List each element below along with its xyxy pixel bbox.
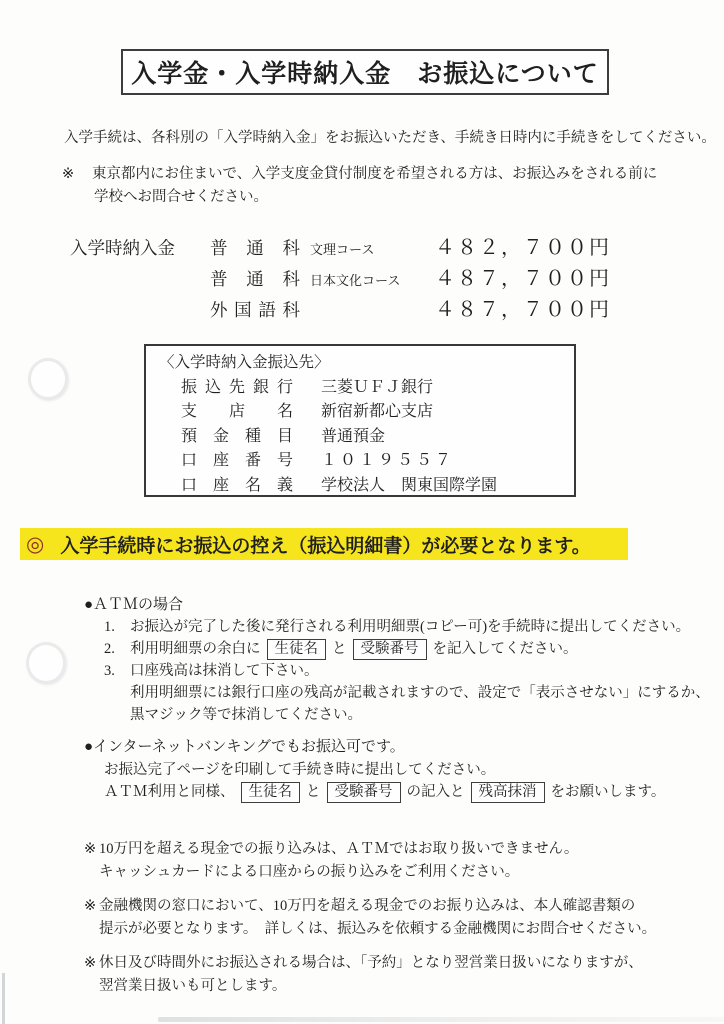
- atm-item2-text: 利用明細票の余白に生徒名と受験番号を記入してください。: [130, 638, 578, 660]
- atm-item1-text: お振込が完了した後に発行される利用明細票(コピー可)を手続時に提出してください。: [130, 616, 690, 638]
- footnote-text: 金融機関の窓口において、10万円を超える現金でのお振り込みは、本人確認書類の 提…: [99, 895, 656, 940]
- caution-line2: 学校へお問合せください。: [94, 189, 268, 205]
- hole-punch-icon: [28, 358, 68, 400]
- bank-row-value: 学校法人 関東国際学園: [321, 474, 497, 499]
- atm-item2-post: を記入してください。: [433, 641, 578, 657]
- atm-item2-pre: 利用明細票の余白に: [130, 641, 261, 657]
- balance-redaction-box: 残高抹消: [471, 782, 545, 803]
- scan-edge-mark: [2, 973, 5, 1024]
- reference-mark-icon: ※: [84, 838, 99, 883]
- footnote-bank-window: ※ 金融機関の窓口において、10万円を超える現金でのお振り込みは、本人確認書類の…: [84, 895, 656, 940]
- footnote-line1: 金融機関の窓口において、10万円を超える現金でのお振り込みは、本人確認書類の: [99, 898, 635, 914]
- fee-row: 普通科 日本文化コース ４８７，７００円: [70, 262, 611, 293]
- internet-banking-heading: ●インターネットバンキングでもお振込可です。: [84, 736, 665, 759]
- bank-row-label: 口座番号: [181, 449, 293, 474]
- double-circle-mark-icon: ◎: [26, 531, 44, 557]
- atm-item3-subline2: 黒マジック等で抹消してください。: [130, 704, 710, 726]
- fee-course: 日本文化コース: [300, 270, 435, 289]
- student-name-box: 生徒名: [267, 639, 327, 660]
- caution-line1: 東京都内にお住まいで、入学支度金貸付制度を希望される方は、お振込みをされる前に: [92, 166, 657, 182]
- netbank-line2-pre: ＡＴＭ利用と同様、: [104, 784, 235, 800]
- bank-row-label: 振込先銀行: [181, 376, 293, 401]
- fee-row: 外国語科 ４８７，７００円: [70, 293, 611, 324]
- footnotes: ※ 10万円を超える現金での振り込みは、ＡＴＭではお取り扱いできません。 キャッ…: [84, 838, 656, 1009]
- bank-row: 預金種目 普通預金: [181, 425, 574, 450]
- bank-box-heading: 〈入学時納入金振込先〉: [159, 351, 574, 376]
- atm-item3-subline1: 利用明細票には銀行口座の残高が記載されますので、設定で「表示させない」にするか、: [130, 682, 710, 704]
- atm-list-item-2: 2. 利用明細票の余白に生徒名と受験番号を記入してください。: [104, 638, 710, 660]
- fee-table-label: 入学時納入金: [70, 235, 210, 260]
- intro-paragraph: 入学手続は、各科別の「入学時納入金」をお振込いただき、手続き日時内に手続きをして…: [64, 126, 716, 147]
- internet-banking-line1: お振込完了ページを印刷して手続き時に提出してください。: [104, 759, 665, 782]
- caution-text: 東京都内にお住まいで、入学支度金貸付制度を希望される方は、お振込みをされる前に …: [92, 163, 657, 209]
- list-number: 1.: [104, 616, 130, 638]
- fee-department: 普通科: [210, 235, 300, 260]
- fee-department: 普通科: [210, 266, 300, 291]
- netbank-line2-mid1: と: [306, 784, 321, 800]
- highlighted-notice: ◎ 入学手続時にお振込の控え（振込明細書）が必要となります。: [20, 528, 628, 560]
- bank-row: 振込先銀行 三菱ＵＦＪ銀行: [181, 376, 574, 401]
- netbank-line2-post: をお願いします。: [551, 784, 666, 800]
- fee-amount: ４８７，７００円: [435, 293, 611, 322]
- bank-row-label: 預金種目: [181, 425, 293, 450]
- reference-mark-icon: ※: [84, 895, 99, 940]
- bank-row: 口座番号 １０１９５５７: [181, 449, 574, 474]
- fee-row: 入学時納入金 普通科 文理コース ４８２，７００円: [70, 231, 611, 262]
- exam-number-box: 受験番号: [327, 782, 401, 803]
- fee-amount: ４８２，７００円: [435, 231, 611, 260]
- atm-item2-mid: と: [332, 641, 347, 657]
- bank-row-value: 普通預金: [321, 425, 385, 450]
- caution-note: ※ 東京都内にお住まいで、入学支度金貸付制度を希望される方は、お振込みをされる前…: [62, 163, 657, 209]
- bank-row-label: 支店名: [181, 400, 293, 425]
- fee-department: 外国語科: [210, 297, 300, 322]
- fee-table: 入学時納入金 普通科 文理コース ４８２，７００円 普通科 日本文化コース ４８…: [70, 231, 611, 324]
- footnote-line2: 翌営業日扱いも可とします。: [99, 978, 286, 994]
- bank-row: 口座名義 学校法人 関東国際学園: [181, 474, 574, 499]
- atm-section: ●ＡＴＭの場合 1. お振込が完了した後に発行される利用明細票(コピー可)を手続…: [84, 594, 710, 726]
- student-name-box: 生徒名: [241, 782, 301, 803]
- footnote-holiday-transfer: ※ 休日及び時間外にお振込される場合は、「予約」となり翌営業日扱いになりますが、…: [84, 952, 656, 997]
- footnote-cash-atm: ※ 10万円を超える現金での振り込みは、ＡＴＭではお取り扱いできません。 キャッ…: [84, 838, 656, 883]
- footnote-line2: 提示が必要となります。 詳しくは、振込みを依頼する金融機関にお問合せください。: [99, 921, 656, 937]
- internet-banking-line2: ＡＴＭ利用と同様、生徒名と受験番号の記入と残高抹消をお願いします。: [104, 781, 665, 804]
- fee-course: 文理コース: [300, 239, 435, 258]
- footnote-line2: キャッシュカードによる口座からの振り込みをご利用ください。: [99, 864, 519, 880]
- fee-amount: ４８７，７００円: [435, 262, 611, 291]
- bank-row-label: 口座名義: [181, 474, 293, 499]
- footnote-text: 休日及び時間外にお振込される場合は、「予約」となり翌営業日扱いになりますが、 翌…: [99, 952, 643, 997]
- highlighted-notice-text: 入学手続時にお振込の控え（振込明細書）が必要となります。: [60, 531, 590, 558]
- atm-section-heading: ●ＡＴＭの場合: [84, 594, 710, 616]
- atm-item3-text: 口座残高は抹消して下さい。: [130, 660, 319, 682]
- reference-mark-icon: ※: [84, 952, 99, 997]
- footnote-line1: 休日及び時間外にお振込される場合は、「予約」となり翌営業日扱いになりますが、: [99, 955, 643, 971]
- scanned-document-page: 入学金・入学時納入金 お振込について 入学手続は、各科別の「入学時納入金」をお振…: [0, 0, 724, 1024]
- document-title-box: 入学金・入学時納入金 お振込について: [121, 49, 609, 95]
- list-number: 3.: [104, 660, 130, 682]
- bank-row: 支店名 新宿新都心支店: [181, 400, 574, 425]
- footnote-line1: 10万円を超える現金での振り込みは、ＡＴＭではお取り扱いできません。: [99, 841, 578, 857]
- footnote-text: 10万円を超える現金での振り込みは、ＡＴＭではお取り扱いできません。 キャッシュ…: [99, 838, 578, 883]
- scan-shadow-band: [158, 1017, 724, 1022]
- bank-row-value: １０１９５５７: [321, 449, 454, 474]
- list-number: 2.: [104, 638, 130, 660]
- netbank-line2-mid2: の記入と: [407, 784, 465, 800]
- exam-number-box: 受験番号: [353, 639, 427, 660]
- internet-banking-section: ●インターネットバンキングでもお振込可です。 お振込完了ページを印刷して手続き時…: [84, 736, 665, 804]
- atm-list-item-1: 1. お振込が完了した後に発行される利用明細票(コピー可)を手続時に提出してくだ…: [104, 616, 710, 638]
- hole-punch-icon: [26, 642, 66, 684]
- atm-list-item-3: 3. 口座残高は抹消して下さい。: [104, 660, 710, 682]
- bank-row-value: 新宿新都心支店: [321, 400, 433, 425]
- document-title: 入学金・入学時納入金 お振込について: [131, 54, 599, 90]
- bank-transfer-box: 〈入学時納入金振込先〉 振込先銀行 三菱ＵＦＪ銀行 支店名 新宿新都心支店 預金…: [144, 344, 576, 497]
- reference-mark-icon: ※: [62, 163, 80, 209]
- bank-row-value: 三菱ＵＦＪ銀行: [321, 376, 433, 401]
